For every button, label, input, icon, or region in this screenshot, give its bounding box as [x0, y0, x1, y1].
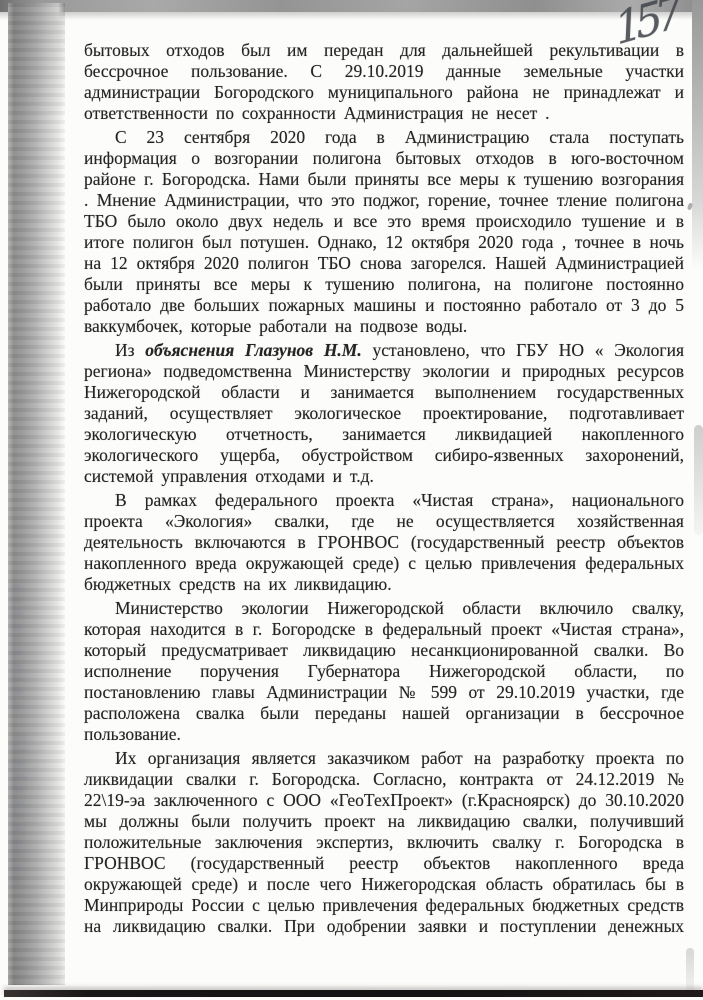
scan-right-edge-smudge [686, 948, 694, 996]
paragraph-3-prefix: Из [115, 340, 145, 360]
paragraph-5: Министерство экологии Нижегородской обла… [84, 598, 684, 745]
scan-top-edge-band [0, 0, 703, 12]
paragraph-3-lead-emphasis: объяснения Глазунов Н.М. [145, 340, 361, 360]
scanned-document-page: 157 бытовых отходов был им передан для д… [0, 0, 703, 1000]
ink-bleed-through-mark [10, 585, 23, 715]
scan-right-edge-streak [692, 0, 703, 270]
paragraph-4: В рамках федерального проекта «Чистая ст… [84, 490, 684, 595]
scan-bottom-edge-line [4, 990, 703, 997]
paragraph-1: бытовых отходов был им передан для дальн… [84, 40, 684, 124]
scan-top-edge-fade [0, 12, 703, 20]
scan-right-edge-smudge [694, 425, 703, 535]
paragraph-2: С 23 сентября 2020 года в Администрацию … [84, 127, 684, 337]
paragraph-6: Их организация является заказчиком работ… [84, 748, 684, 937]
paragraph-3-body: установлено, что ГБУ НО « Экология регио… [84, 340, 684, 486]
paragraph-3: Из объяснения Глазунов Н.М. установлено,… [84, 340, 684, 487]
document-text: бытовых отходов был им передан для дальн… [84, 40, 684, 940]
